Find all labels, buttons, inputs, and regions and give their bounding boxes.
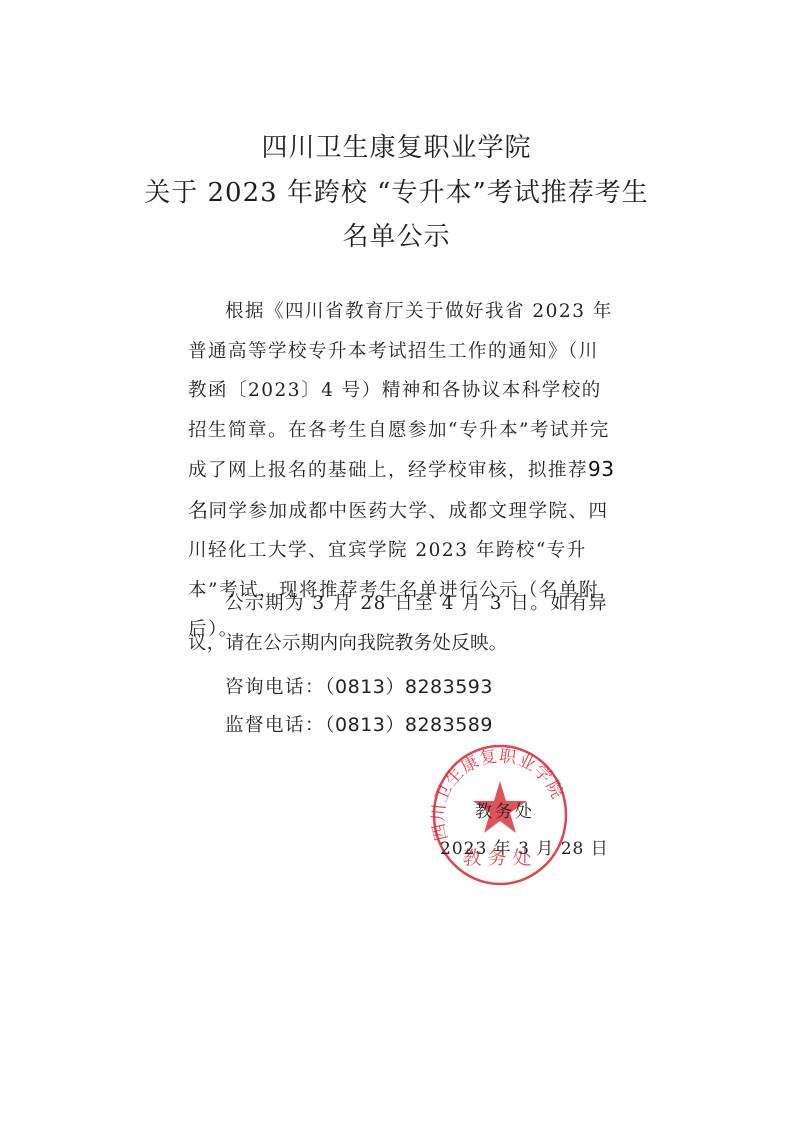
supervision-phone-label: 监督电话： xyxy=(225,715,325,736)
consult-phone-number: （0813）8283593 xyxy=(325,676,493,698)
notice-period: 公示期为 3 月 28 日至 4 月 3 日。 xyxy=(225,593,550,614)
document-page: 四川卫生康复职业学院 关于 2023 年跨校 “专升本”考试推荐考生 名单公示 … xyxy=(0,0,793,1122)
consult-phone-label: 咨询电话： xyxy=(225,677,325,698)
supervision-phone-number: （0813）8283589 xyxy=(325,714,493,736)
signature-date: 2023 年 3 月 28 日 xyxy=(440,834,609,859)
supervision-phone: 监督电话：（0813）8283589 xyxy=(225,710,493,737)
consult-phone: 咨询电话：（0813）8283593 xyxy=(225,672,493,699)
title-announcement: 名单公示 xyxy=(0,216,793,253)
signature-department: 教务处 xyxy=(475,797,535,822)
paragraph1-text-a: 根据《四川省教育厅关于做好我省 2023 年普通高等学校专升本考试招生工作的通知… xyxy=(188,301,613,481)
body-paragraph-2: 公示期为 3 月 28 日至 4 月 3 日。如有异议，请在公示期内向我院教务处… xyxy=(188,584,616,663)
title-institution: 四川卫生康复职业学院 xyxy=(0,127,793,164)
title-subject: 关于 2023 年跨校 “专升本”考试推荐考生 xyxy=(0,172,793,209)
